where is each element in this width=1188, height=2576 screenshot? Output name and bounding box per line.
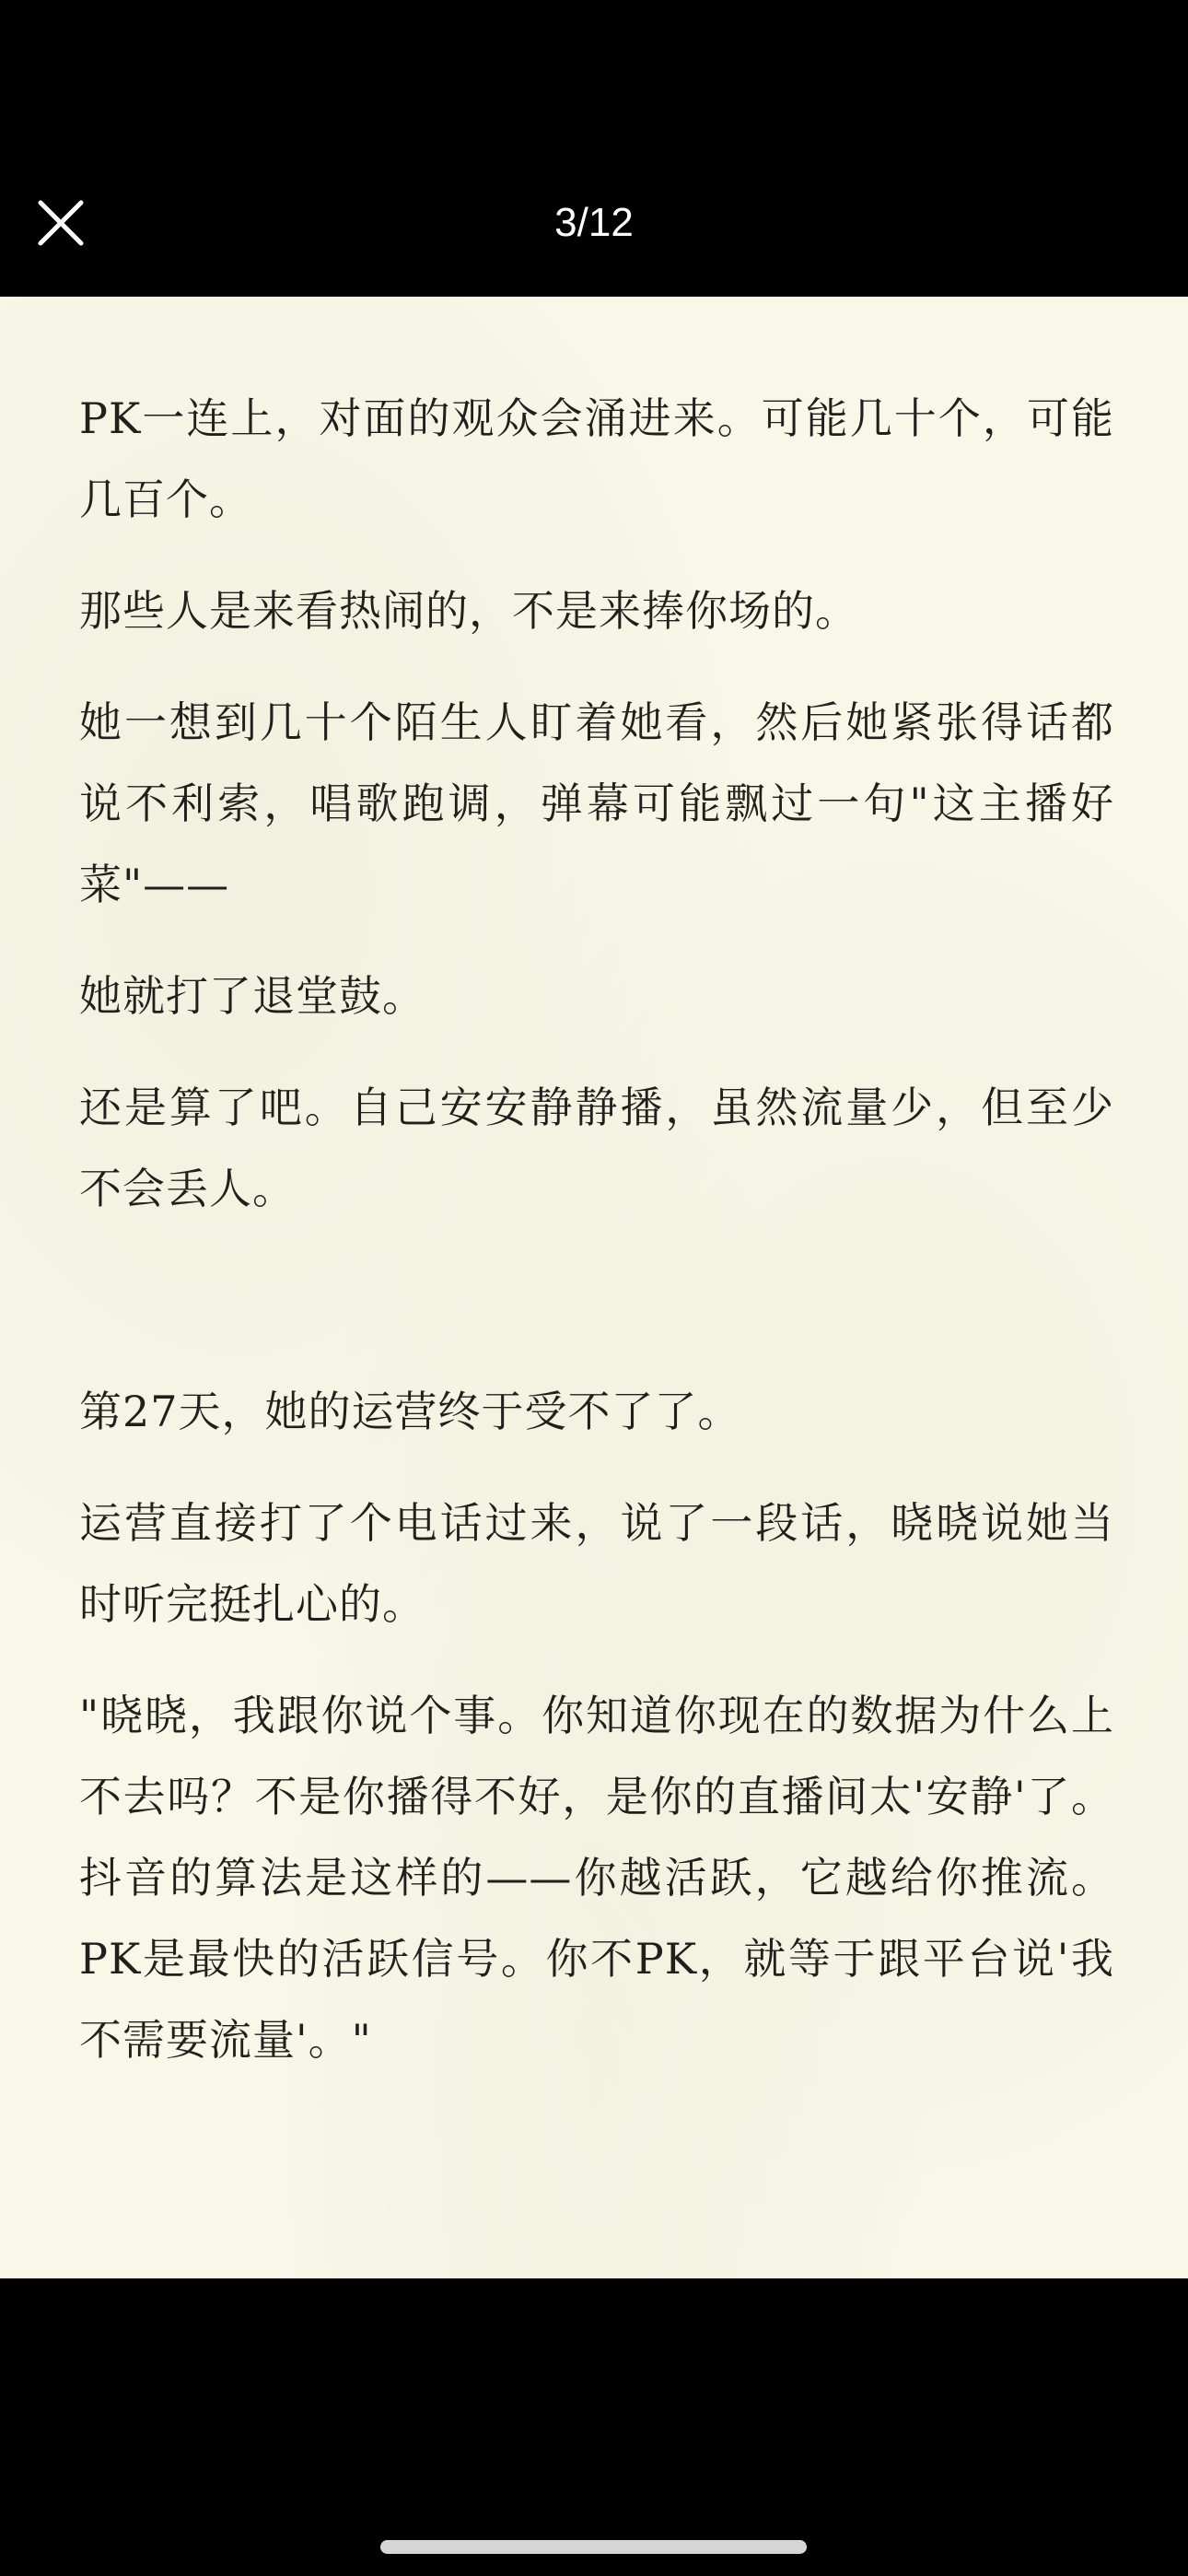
paragraph: 她一想到几十个陌生人盯着她看，然后她紧张得话都说不利索，唱歌跑调，弹幕可能飘过一… <box>79 682 1114 925</box>
article-body: PK一连上，对面的观众会涌进来。可能几十个，可能几百个。 那些人是来看热闹的，不… <box>79 378 1114 2111</box>
paragraph: 那些人是来看热闹的，不是来捧你场的。 <box>79 570 1114 651</box>
section-break <box>79 1259 1114 1341</box>
paragraph: 还是算了吧。自己安安静静播，虽然流量少，但至少不会丢人。 <box>79 1067 1114 1229</box>
paragraph: PK一连上，对面的观众会涌进来。可能几十个，可能几百个。 <box>79 378 1114 540</box>
page-counter: 3/12 <box>0 195 1188 251</box>
paragraph: "晓晓，我跟你说个事。你知道你现在的数据为什么上不去吗？不是你播得不好，是你的直… <box>79 1675 1114 2080</box>
paragraph: 运营直接打了个电话过来，说了一段话，晓晓说她当时听完挺扎心的。 <box>79 1482 1114 1645</box>
paragraph: 第27天，她的运营终于受不了了。 <box>79 1371 1114 1452</box>
paragraph: 她就打了退堂鼓。 <box>79 955 1114 1036</box>
top-bar: 3/12 <box>0 0 1188 297</box>
home-indicator[interactable] <box>380 2540 807 2554</box>
